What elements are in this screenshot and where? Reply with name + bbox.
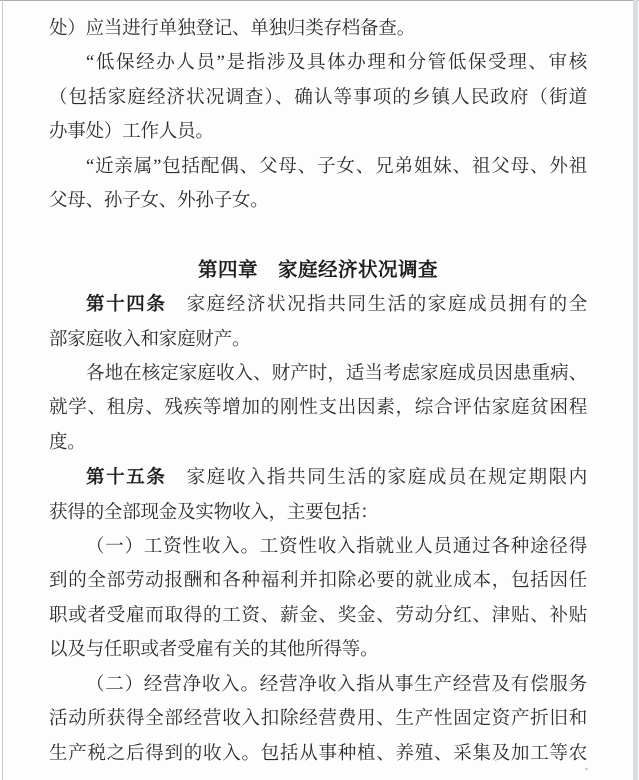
- text-line: 获得的全部现金及实物收入，主要包括：: [49, 496, 587, 530]
- text-line: 生产税之后得到的收入。包括从事种植、养殖、采集及加工等农: [49, 737, 587, 771]
- text-line: “低保经办人员”是指涉及具体办理和分管低保受理、审核: [49, 46, 587, 80]
- text-line: 度。: [49, 426, 587, 460]
- scanned-document-page: 处）应当进行单独登记、单独归类存档备查。 “低保经办人员”是指涉及具体办理和分管…: [0, 0, 639, 780]
- chapter-heading: 第四章 家庭经济状况调查: [49, 253, 587, 287]
- text-line: 各地在核定家庭收入、财产时，适当考虑家庭成员因患重病、: [49, 357, 587, 391]
- scan-speck: [585, 768, 588, 770]
- article-number: 第十四条: [86, 293, 166, 314]
- page-border-top: [0, 0, 639, 1]
- text-line: 父母、孙子女、外孙子女。: [49, 184, 587, 218]
- text-line: 到的全部劳动报酬和各种福利并扣除必要的就业成本，包括因任: [49, 564, 587, 598]
- text-line: 处）应当进行单独登记、单独归类存档备查。: [49, 12, 587, 46]
- text-line: 办事处）工作人员。: [49, 115, 587, 149]
- page-edge-shadow: [633, 0, 638, 780]
- text-line: 职或者受雇而取得的工资、薪金、奖金、劳动分红、津贴、补贴: [49, 599, 587, 633]
- article-text: 家庭经济状况指共同生活的家庭成员拥有的全: [166, 295, 587, 315]
- text-line: “近亲属”包括配偶、父母、子女、兄弟姐妹、祖父母、外祖: [49, 150, 587, 184]
- article-number: 第十五条: [86, 466, 166, 487]
- text-line: 第十四条 家庭经济状况指共同生活的家庭成员拥有的全: [49, 287, 587, 322]
- page-border-left: [2, 0, 3, 780]
- text-line: 第十五条 家庭收入指共同生活的家庭成员在规定期限内: [49, 460, 587, 495]
- text-line: 以及与任职或者受雇有关的其他所得等。: [49, 633, 587, 667]
- document-text-column: 处）应当进行单独登记、单独归类存档备查。 “低保经办人员”是指涉及具体办理和分管…: [49, 12, 587, 771]
- text-line: （包括家庭经济状况调查）、确认等事项的乡镇人民政府（街道: [49, 81, 587, 115]
- text-line: 部家庭收入和家庭财产。: [49, 323, 587, 357]
- blank-line: [49, 218, 587, 252]
- text-line: 活动所获得全部经营收入扣除经营费用、生产性固定资产折旧和: [49, 702, 587, 736]
- article-text: 家庭收入指共同生活的家庭成员在规定期限内: [166, 468, 587, 488]
- text-line: 就学、租房、残疾等增加的刚性支出因素，综合评估家庭贫困程: [49, 391, 587, 425]
- text-line: （二）经营净收入。经营净收入指从事生产经营及有偿服务: [49, 668, 587, 702]
- text-line: （一）工资性收入。工资性收入指就业人员通过各种途径得: [49, 530, 587, 564]
